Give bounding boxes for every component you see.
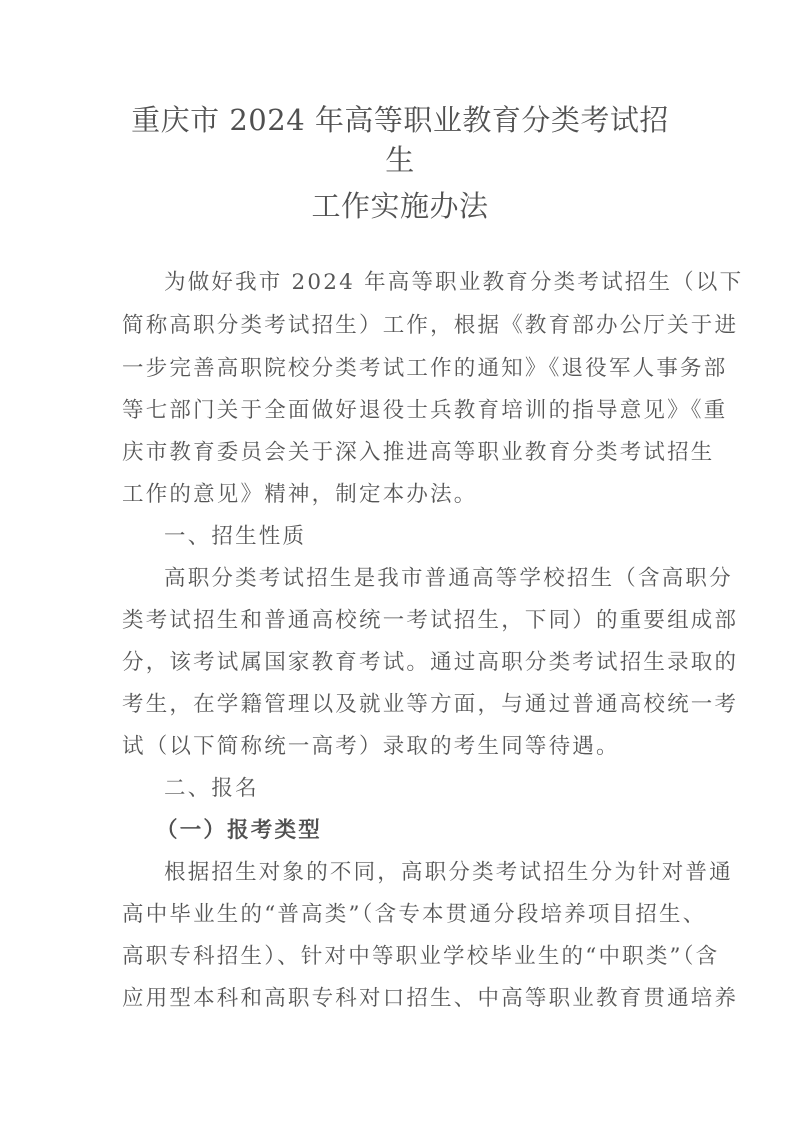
section1-paragraph-line: 试（以下简称统一高考）录取的考生同等待遇。 bbox=[122, 732, 692, 762]
section-heading-registration: 二、报名 bbox=[164, 774, 734, 804]
document-page: 重庆市 2024 年高等职业教育分类考试招 生 工作实施办法 为做好我市 202… bbox=[0, 0, 794, 1122]
intro-paragraph-line: 简称高职分类考试招生）工作，根据《教育部办公厅关于进 bbox=[122, 311, 692, 341]
intro-paragraph-line: 工作的意见》精神，制定本办法。 bbox=[122, 480, 692, 510]
document-title-line-1: 重庆市 2024 年高等职业教育分类考试招 bbox=[120, 100, 680, 140]
document-subtitle: 工作实施办法 bbox=[120, 186, 680, 226]
intro-paragraph-line: 庆市教育委员会关于深入推进高等职业教育分类考试招生 bbox=[122, 438, 692, 468]
section2-paragraph-line: 应用型本科和高职专科对口招生、中高等职业教育贯通培养 bbox=[122, 984, 692, 1014]
section2-paragraph-line: 根据招生对象的不同，高职分类考试招生分为针对普通 bbox=[164, 858, 734, 888]
subsection-heading-exam-type: （一）报考类型 bbox=[156, 816, 726, 846]
section-heading-nature: 一、招生性质 bbox=[164, 522, 734, 552]
intro-paragraph-line: 一步完善高职院校分类考试工作的通知》《退役军人事务部 bbox=[122, 354, 692, 384]
intro-paragraph-line: 为做好我市 2024 年高等职业教育分类考试招生（以下 bbox=[164, 268, 734, 298]
section2-paragraph-line: 高职专科招生）、针对中等职业学校毕业生的“中职类”（含 bbox=[122, 942, 692, 972]
intro-paragraph-line: 等七部门关于全面做好退役士兵教育培训的指导意见》《重 bbox=[122, 396, 692, 426]
section1-paragraph-line: 考生，在学籍管理以及就业等方面，与通过普通高校统一考 bbox=[122, 690, 692, 720]
section1-paragraph-line: 高职分类考试招生是我市普通高等学校招生（含高职分 bbox=[164, 564, 734, 594]
section2-paragraph-line: 高中毕业生的“普高类”（含专本贯通分段培养项目招生、 bbox=[122, 900, 692, 930]
document-title-line-2: 生 bbox=[120, 140, 680, 180]
section1-paragraph-line: 分，该考试属国家教育考试。通过高职分类考试招生录取的 bbox=[122, 648, 692, 678]
section1-paragraph-line: 类考试招生和普通高校统一考试招生，下同）的重要组成部 bbox=[122, 606, 692, 636]
